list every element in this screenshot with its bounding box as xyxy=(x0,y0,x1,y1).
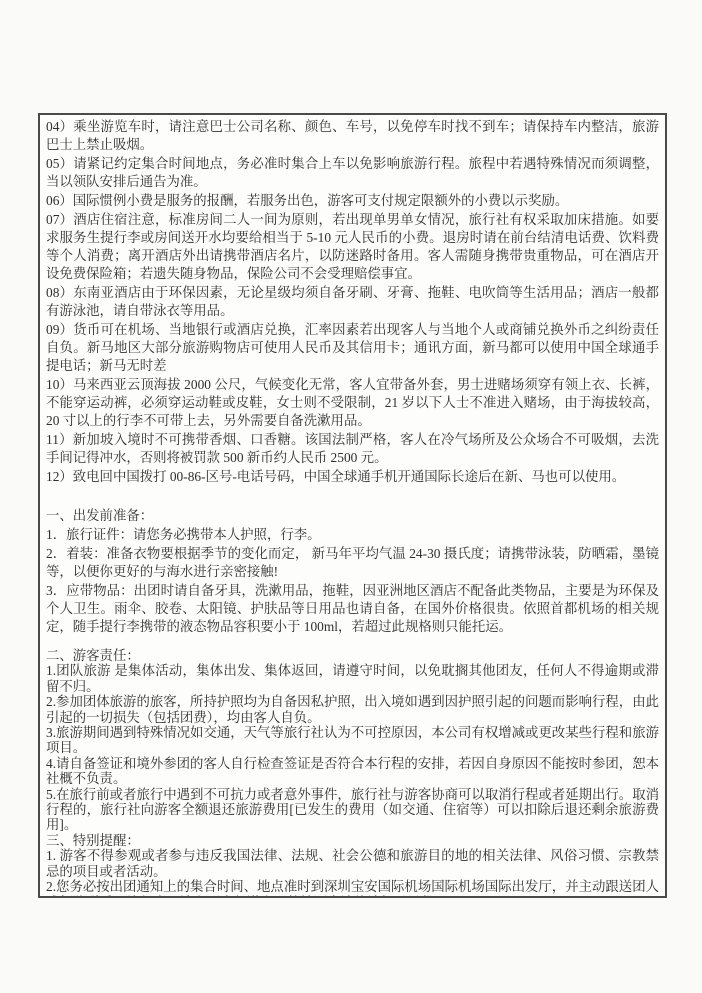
reminder-item-1: 1. 游客不得参观或者参与违反我国法律、法规、社会公德和旅游目的地的相关法律、风… xyxy=(46,848,659,879)
responsibility-item-2: 2.参加团体旅游的旅客，所持护照均为自备因私护照，出入境如遇到因护照引起的问题而… xyxy=(46,694,659,725)
responsibility-item-4: 4.请自备签证和境外参团的客人自行检查签证是否符合本行程的安排，若因自身原因不能… xyxy=(46,756,659,787)
prep-item-1: 1．旅行证件：请您务必携带本人护照，行李。 xyxy=(46,526,659,544)
section-gap xyxy=(46,637,659,648)
section-gap xyxy=(46,487,659,507)
notice-item-10: 10）马来西亚云顶海拔 2000 公尺，气候变化无常，客人宜带备外套，男士进赌场… xyxy=(46,376,659,430)
section-title-tourist-responsibility: 二、游客责任： xyxy=(46,648,659,663)
notice-item-05: 05）请紧记约定集合时间地点，务必准时集合上车以免影响旅游行程。旅程中若遇特殊情… xyxy=(46,155,659,191)
notice-item-06: 06）国际惯例小费是服务的报酬，若服务出色，游客可支付规定限额外的小费以示奖励。 xyxy=(46,192,659,210)
general-notices-list: 04）乘坐游览车时，请注意巴士公司名称、颜色、车号，以免停车时找不到车；请保持车… xyxy=(46,118,659,486)
notice-item-07: 07）酒店住宿注意，标准房间二人一间为原则，若出现单男单女情况，旅行社有权采取加… xyxy=(46,211,659,283)
responsibility-item-1: 1.团队旅游 是集体活动，集体出发、集体返回，请遵守时间，以免耽搁其他团友，任何… xyxy=(46,663,659,694)
section-tourist-responsibility: 二、游客责任： 1.团队旅游 是集体活动，集体出发、集体返回，请遵守时间，以免耽… xyxy=(46,648,659,833)
notice-item-09: 09）货币可在机场、当地银行或酒店兑换，汇率因素若出现客人与当地个人或商铺兑换外… xyxy=(46,321,659,375)
notice-item-08: 08）东南亚酒店由于环保因素，无论星级均须自备牙刷、牙膏、拖鞋、电吹筒等生活用品… xyxy=(46,284,659,320)
section-departure-preparation: 一、出发前准备： 1．旅行证件：请您务必携带本人护照，行李。 2．着装：准备衣物… xyxy=(46,507,659,636)
prep-item-3: 3．应带物品：出团时请自备牙具，洗漱用品，拖鞋，因亚洲地区酒店不配备此类物品，主… xyxy=(46,582,659,636)
reminder-item-2: 2.您务必按出团通知上的集合时间、地点准时到深圳宝安国际机场国际机场国际出发厅，… xyxy=(46,879,659,898)
scanned-document-page: 04）乘坐游览车时，请注意巴士公司名称、颜色、车号，以免停车时找不到车；请保持车… xyxy=(0,0,702,993)
travel-notice-cell: 04）乘坐游览车时，请注意巴士公司名称、颜色、车号，以免停车时找不到车；请保持车… xyxy=(38,113,667,898)
section-title-departure-preparation: 一、出发前准备： xyxy=(46,507,659,525)
notice-item-04: 04）乘坐游览车时，请注意巴士公司名称、颜色、车号，以免停车时找不到车；请保持车… xyxy=(46,118,659,154)
responsibility-item-5: 5.在旅行前或者旅行中遇到不可抗力或者意外事件，旅行社与游客协商可以取消行程或者… xyxy=(46,787,659,833)
notice-item-11: 11）新加坡入境时不可携带香烟、口香糖。该国法制严格，客人在冷气场所及公众场合不… xyxy=(46,431,659,467)
section-title-special-reminder: 三、特别提醒： xyxy=(46,833,659,848)
responsibility-item-3: 3.旅游期间遇到特殊情况如交通，天气等旅行社认为不可控原因，本公司有权增减或更改… xyxy=(46,725,659,756)
section-special-reminder: 三、特别提醒： 1. 游客不得参观或者参与违反我国法律、法规、社会公德和旅游目的… xyxy=(46,833,659,898)
notice-item-12: 12）致电回中国拨打 00-86-区号-电话号码，中国全球通手机开通国际长途后在… xyxy=(46,468,659,486)
prep-item-2: 2．着装：准备衣物要根据季节的变化而定， 新马年平均气温 24-30 摄氏度；请… xyxy=(46,545,659,581)
